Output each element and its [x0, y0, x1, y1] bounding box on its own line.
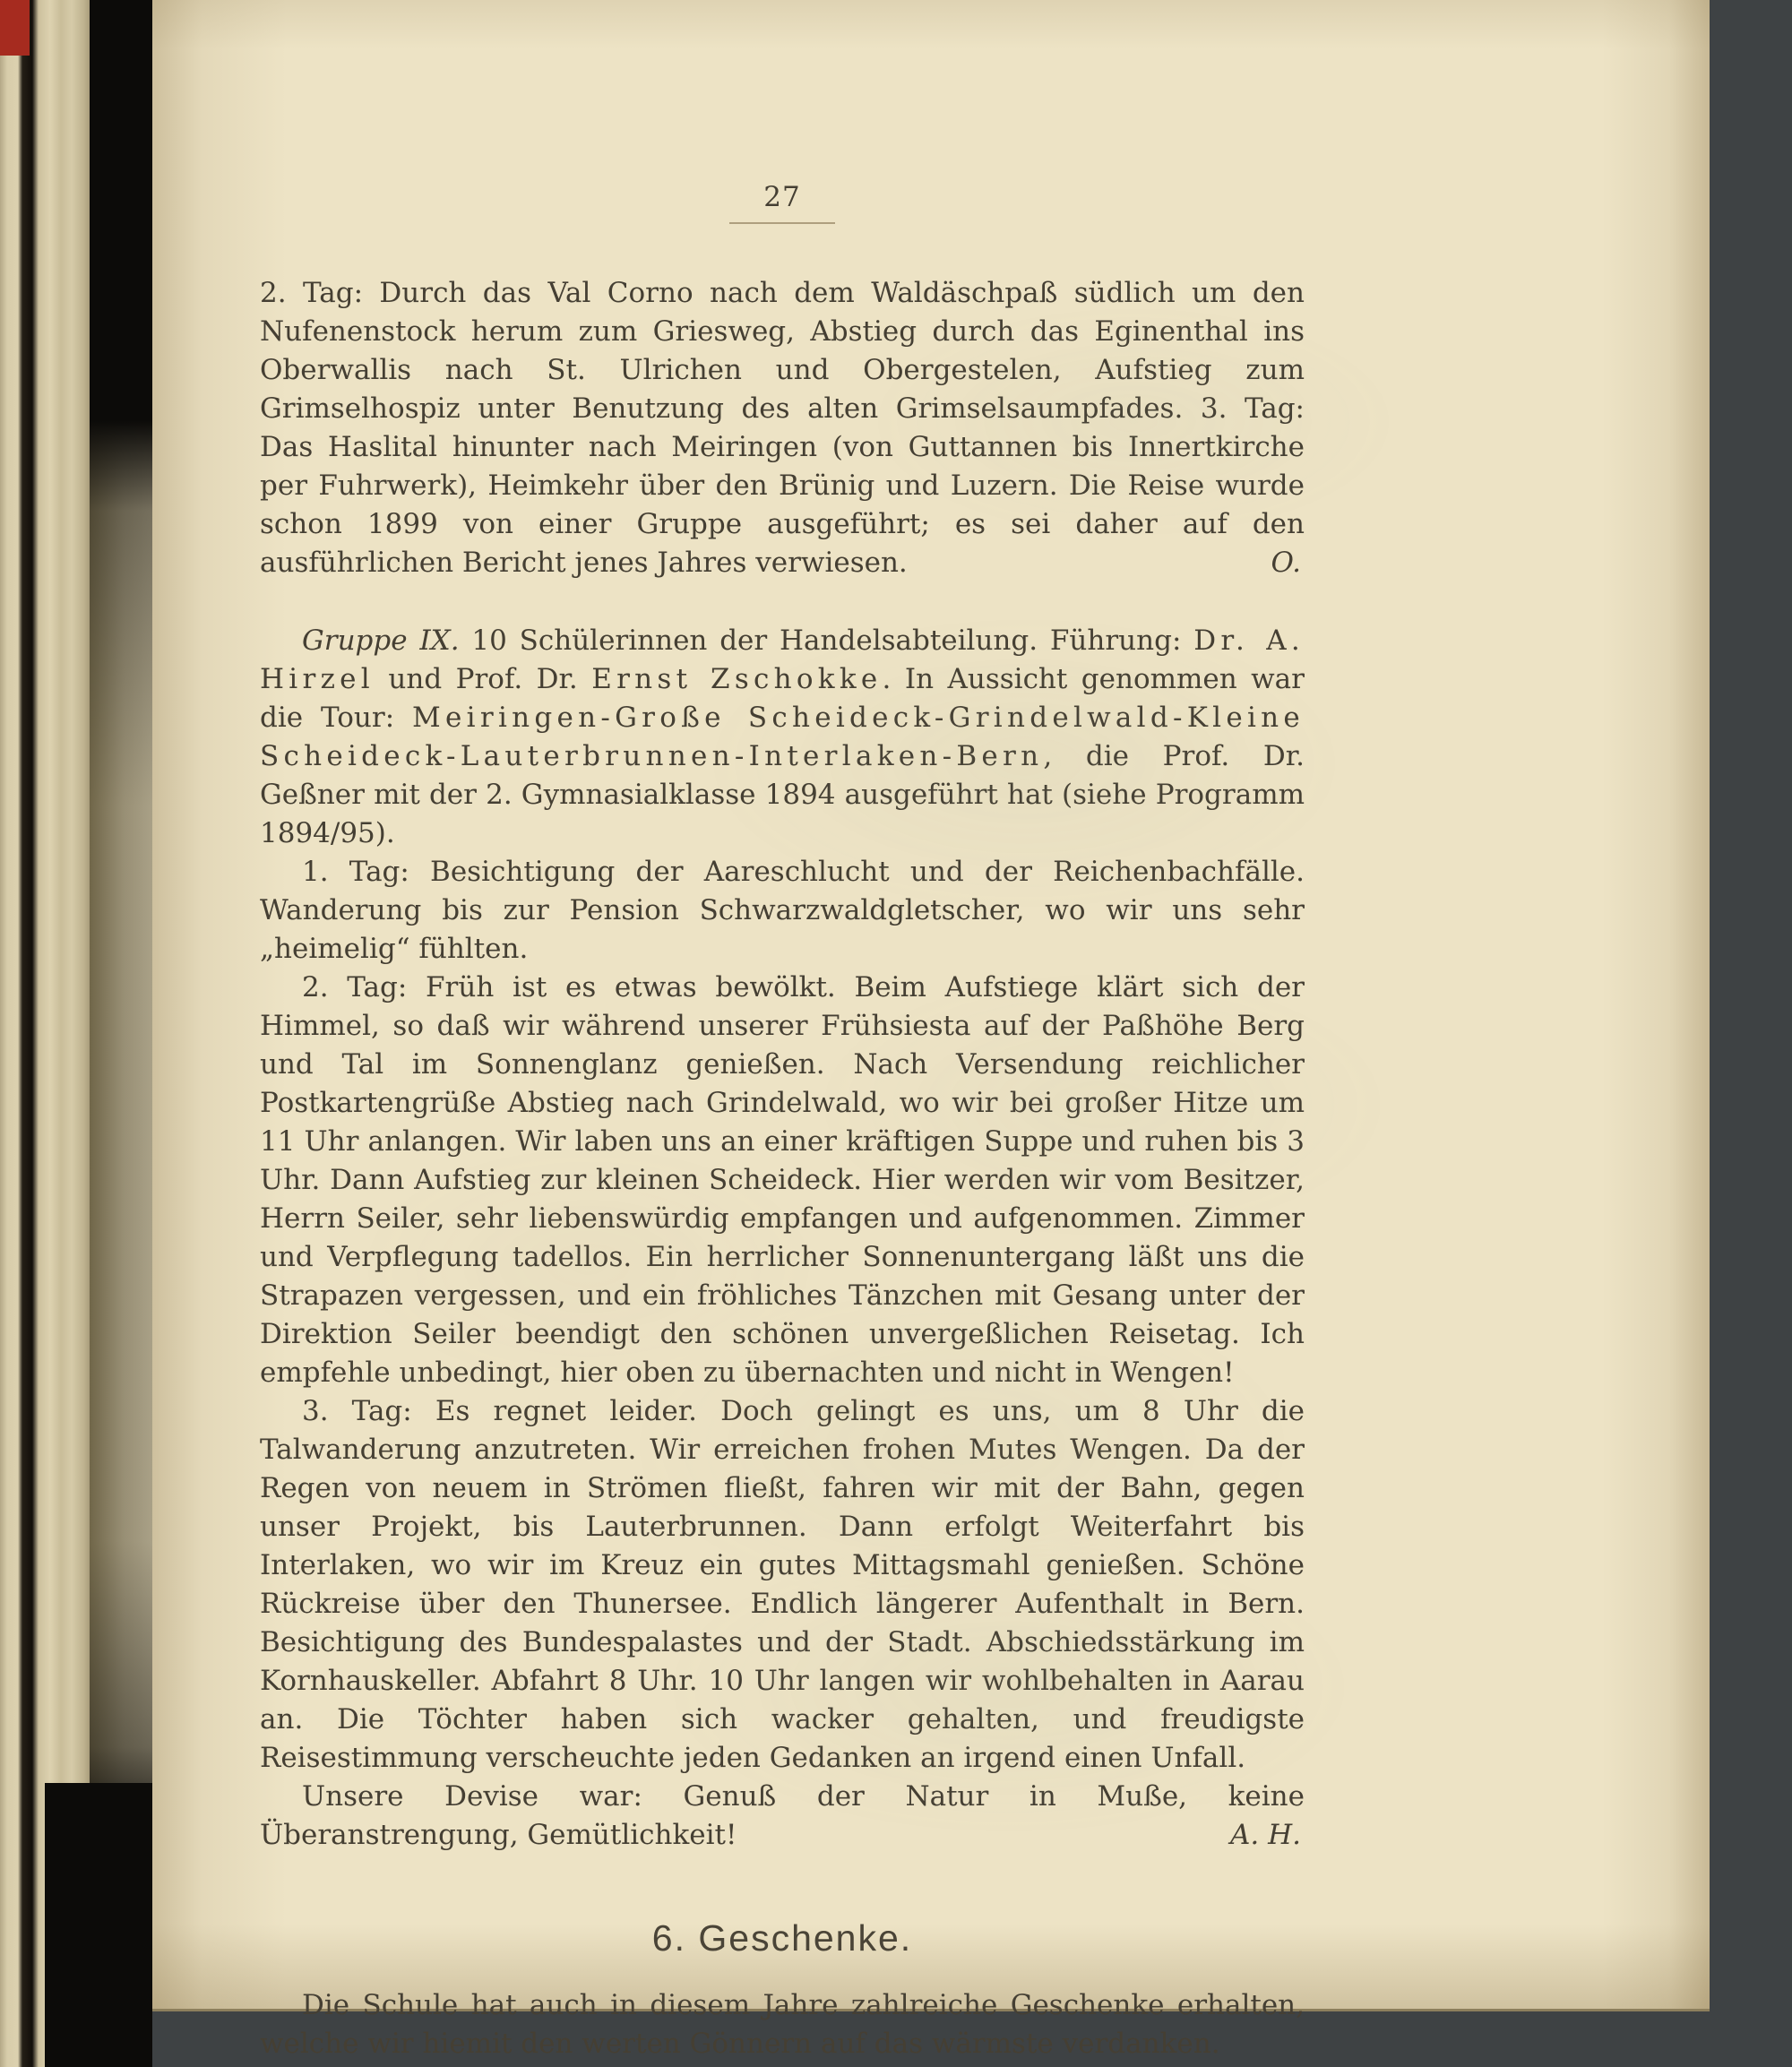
text-column: 27 2. Tag: Durch das Val Corno nach dem …	[260, 0, 1305, 2063]
author-signature: A. H.	[1188, 1816, 1305, 1855]
red-bookmark-tab	[0, 0, 30, 56]
scanned-book-page: 27 2. Tag: Durch das Val Corno nach dem …	[0, 0, 1792, 2067]
text-block: 2. Tag: Durch das Val Corno nach dem Wal…	[260, 274, 1305, 2063]
text-segment: Die Schule hat auch in diesem Jahre zahl…	[260, 1989, 1305, 2060]
text-segment: 3. Tag: Es regnet leider. Doch gelingt e…	[260, 1395, 1305, 1774]
author-signature: O.	[1271, 544, 1305, 582]
binding-gutter-shadow	[90, 0, 152, 2067]
book-page: 27 2. Tag: Durch das Val Corno nach dem …	[152, 0, 1710, 2011]
page-number: 27	[260, 181, 1305, 213]
text-segment: 1. Tag: Besichtigung der Aareschlucht un…	[260, 856, 1305, 965]
text-segment: und Prof. Dr.	[375, 663, 591, 695]
paragraph: Gruppe IX. 10 Schülerinnen der Handelsab…	[260, 622, 1305, 853]
text-segment: 2. Tag: Früh ist es etwas bewölkt. Beim …	[260, 971, 1305, 1389]
page-edge-stack	[0, 0, 90, 2067]
page-number-rule	[729, 222, 835, 224]
paragraph: Die Schule hat auch in diesem Jahre zahl…	[260, 1986, 1305, 2063]
emphasis-spaced: Ernst Zschokke	[591, 663, 882, 695]
binding-shadow-bottom	[45, 1783, 152, 2067]
paragraph: 3. Tag: Es regnet leider. Doch gelingt e…	[260, 1392, 1305, 1778]
paragraph: Unsere Devise war: Genuß der Natur in Mu…	[260, 1778, 1305, 1855]
section-heading: 6. Geschenke.	[260, 1919, 1305, 1958]
paragraph: 2. Tag: Durch das Val Corno nach dem Wal…	[260, 274, 1305, 582]
paragraph: 2. Tag: Früh ist es etwas bewölkt. Beim …	[260, 969, 1305, 1392]
text-segment: Unsere Devise war: Genuß der Natur in Mu…	[260, 1780, 1305, 1851]
emphasis-italic: Gruppe IX.	[302, 624, 460, 657]
text-segment: 10 Schülerinnen der Handelsabteilung. Fü…	[460, 624, 1194, 657]
text-segment: 2. Tag: Durch das Val Corno nach dem Wal…	[260, 277, 1305, 579]
paragraph: 1. Tag: Besichtigung der Aareschlucht un…	[260, 853, 1305, 969]
